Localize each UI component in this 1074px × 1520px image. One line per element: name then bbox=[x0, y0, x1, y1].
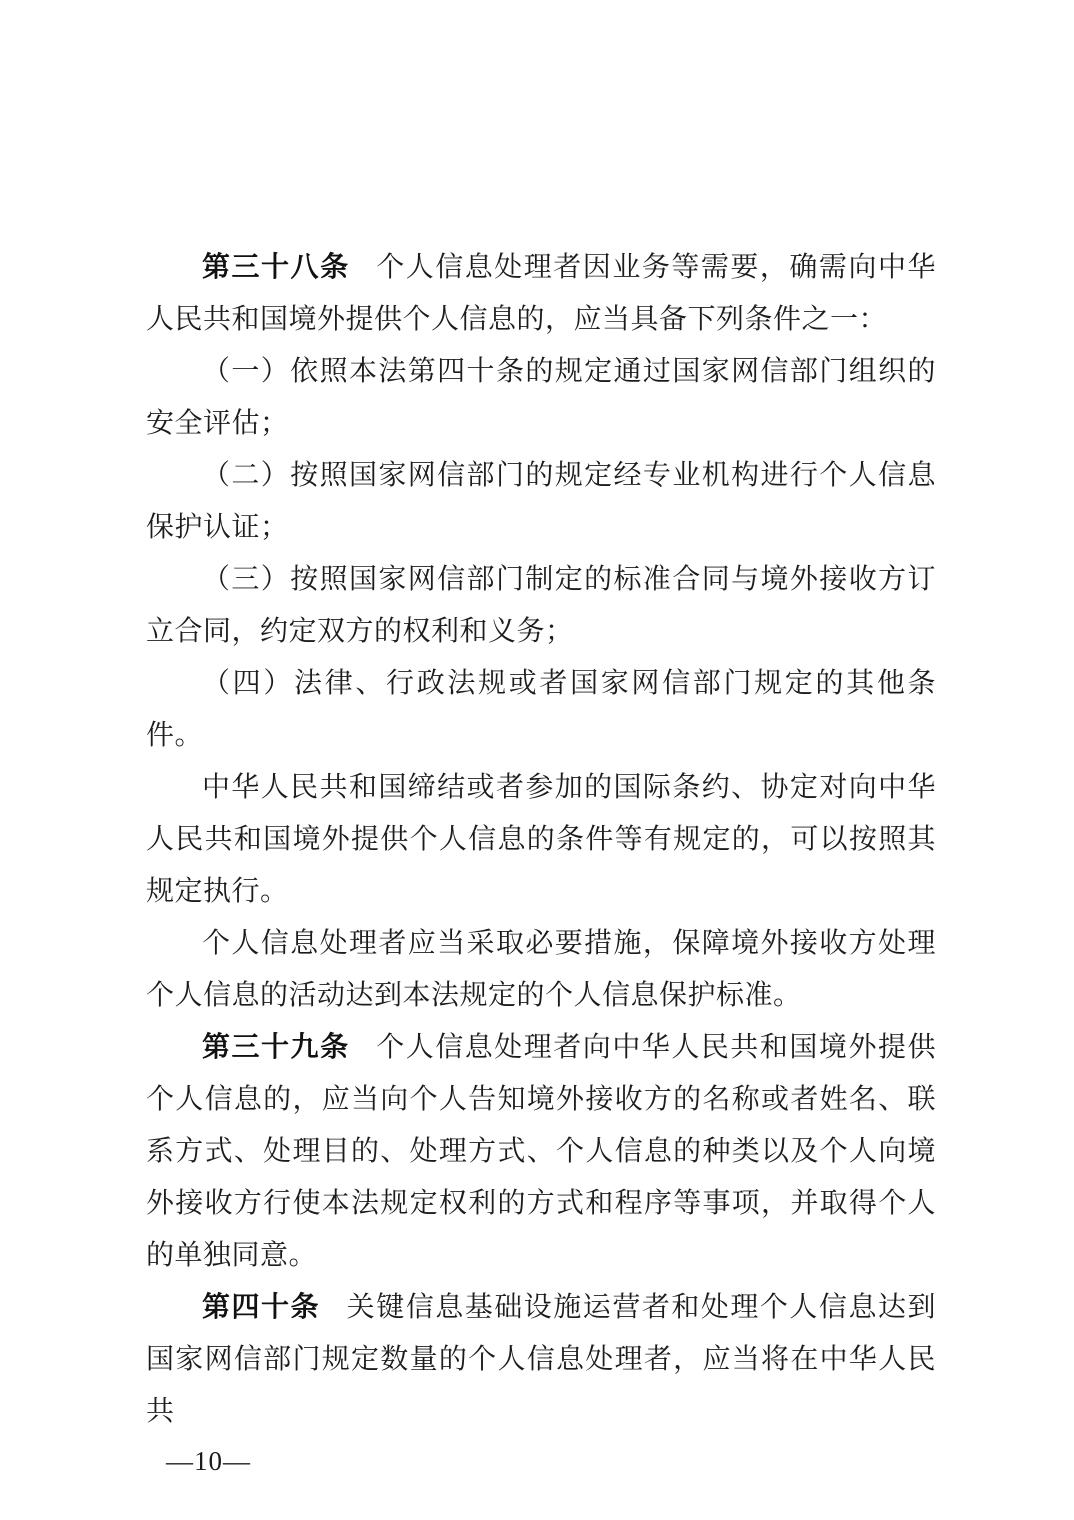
paragraph-text: （二）按照国家网信部门的规定经专业机构进行个人信息保护认证； bbox=[146, 460, 936, 543]
document-body: 第三十八条个人信息处理者因业务等需要，确需向中华人民共和国境外提供个人信息的，应… bbox=[146, 242, 936, 1438]
paragraph-item-2: （二）按照国家网信部门的规定经专业机构进行个人信息保护认证； bbox=[146, 450, 936, 554]
paragraph-article-38: 第三十八条个人信息处理者因业务等需要，确需向中华人民共和国境外提供个人信息的，应… bbox=[146, 242, 936, 346]
paragraph-treaties: 中华人民共和国缔结或者参加的国际条约、协定对向中华人民共和国境外提供个人信息的条… bbox=[146, 762, 936, 918]
paragraph-article-40: 第四十条关键信息基础设施运营者和处理个人信息达到国家网信部门规定数量的个人信息处… bbox=[146, 1282, 936, 1438]
paragraph-measures: 个人信息处理者应当采取必要措施，保障境外接收方处理个人信息的活动达到本法规定的个… bbox=[146, 918, 936, 1022]
paragraph-item-4: （四）法律、行政法规或者国家网信部门规定的其他条件。 bbox=[146, 658, 936, 762]
article-number: 第四十条 bbox=[202, 1292, 320, 1323]
article-number: 第三十八条 bbox=[202, 252, 350, 283]
paragraph-text: 个人信息处理者向中华人民共和国境外提供个人信息的，应当向个人告知境外接收方的名称… bbox=[146, 1032, 936, 1271]
paragraph-item-3: （三）按照国家网信部门制定的标准合同与境外接收方订立合同，约定双方的权利和义务； bbox=[146, 554, 936, 658]
paragraph-text: （一）依照本法第四十条的规定通过国家网信部门组织的安全评估； bbox=[146, 356, 936, 439]
paragraph-item-1: （一）依照本法第四十条的规定通过国家网信部门组织的安全评估； bbox=[146, 346, 936, 450]
paragraph-text: （三）按照国家网信部门制定的标准合同与境外接收方订立合同，约定双方的权利和义务； bbox=[146, 564, 936, 647]
document-page: 第三十八条个人信息处理者因业务等需要，确需向中华人民共和国境外提供个人信息的，应… bbox=[0, 0, 1074, 1520]
paragraph-text: （四）法律、行政法规或者国家网信部门规定的其他条件。 bbox=[146, 668, 936, 751]
page-number: —10— bbox=[166, 1446, 251, 1477]
paragraph-text: 个人信息处理者应当采取必要措施，保障境外接收方处理个人信息的活动达到本法规定的个… bbox=[146, 928, 936, 1011]
paragraph-article-39: 第三十九条个人信息处理者向中华人民共和国境外提供个人信息的，应当向个人告知境外接… bbox=[146, 1022, 936, 1282]
article-number: 第三十九条 bbox=[202, 1032, 350, 1063]
paragraph-text: 中华人民共和国缔结或者参加的国际条约、协定对向中华人民共和国境外提供个人信息的条… bbox=[146, 772, 936, 907]
